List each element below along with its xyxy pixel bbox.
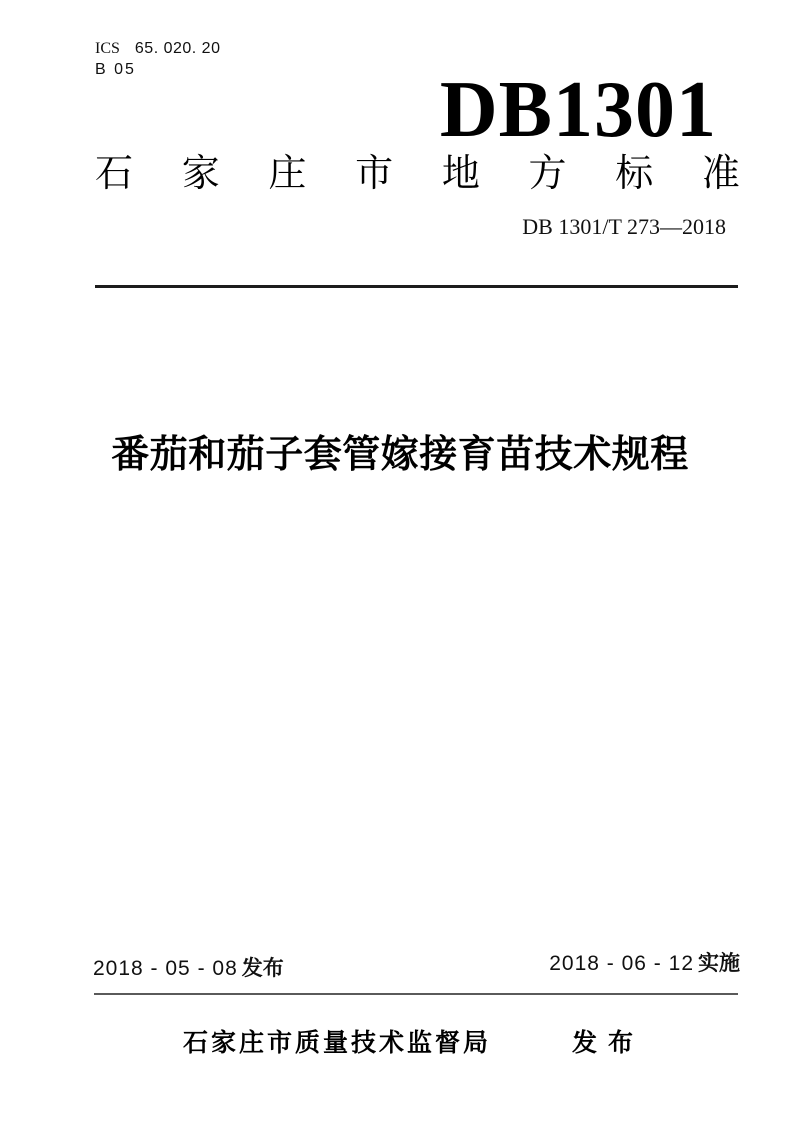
ics-line: ICS65. 020. 20 xyxy=(95,38,220,59)
ics-label: ICS xyxy=(95,40,120,57)
standard-name-char: 准 xyxy=(702,150,740,198)
implement-date: 2018 - 06 - 12 xyxy=(549,952,694,975)
standard-name-char: 标 xyxy=(615,150,653,198)
standard-name-char: 地 xyxy=(442,150,480,198)
header-rule xyxy=(95,285,738,288)
document-number: DB 1301/T 273—2018 xyxy=(522,214,726,240)
standard-name-row: 石家庄市地方标准 xyxy=(95,150,740,198)
release-date: 2018 - 05 - 08 xyxy=(93,957,238,980)
standard-name-char: 家 xyxy=(182,150,220,198)
publish-action-label: 发 布 xyxy=(572,1027,635,1059)
footer-rule xyxy=(94,993,738,995)
ics-block: ICS65. 020. 20 B 05 xyxy=(95,38,220,80)
standard-name-char: 石 xyxy=(95,150,133,198)
classification-code: B 05 xyxy=(95,59,220,80)
standard-name-char: 方 xyxy=(529,150,567,198)
publisher-name: 石家庄市质量技术监督局 xyxy=(183,1027,491,1059)
release-date-line: 2018 - 05 - 08发布 xyxy=(93,956,284,982)
implement-date-line: 2018 - 06 - 12实施 xyxy=(549,951,740,977)
standard-name-char: 庄 xyxy=(268,150,306,198)
document-title: 番茄和茄子套管嫁接育苗技术规程 xyxy=(0,431,800,479)
ics-code: 65. 020. 20 xyxy=(135,40,221,57)
implement-label: 实施 xyxy=(698,952,740,975)
standard-cover-page: ICS65. 020. 20 B 05 DB1301 石家庄市地方标准 DB 1… xyxy=(0,0,800,1130)
standard-name-char: 市 xyxy=(355,150,393,198)
standard-logo-db1301: DB1301 xyxy=(440,70,717,150)
release-label: 发布 xyxy=(242,957,284,980)
